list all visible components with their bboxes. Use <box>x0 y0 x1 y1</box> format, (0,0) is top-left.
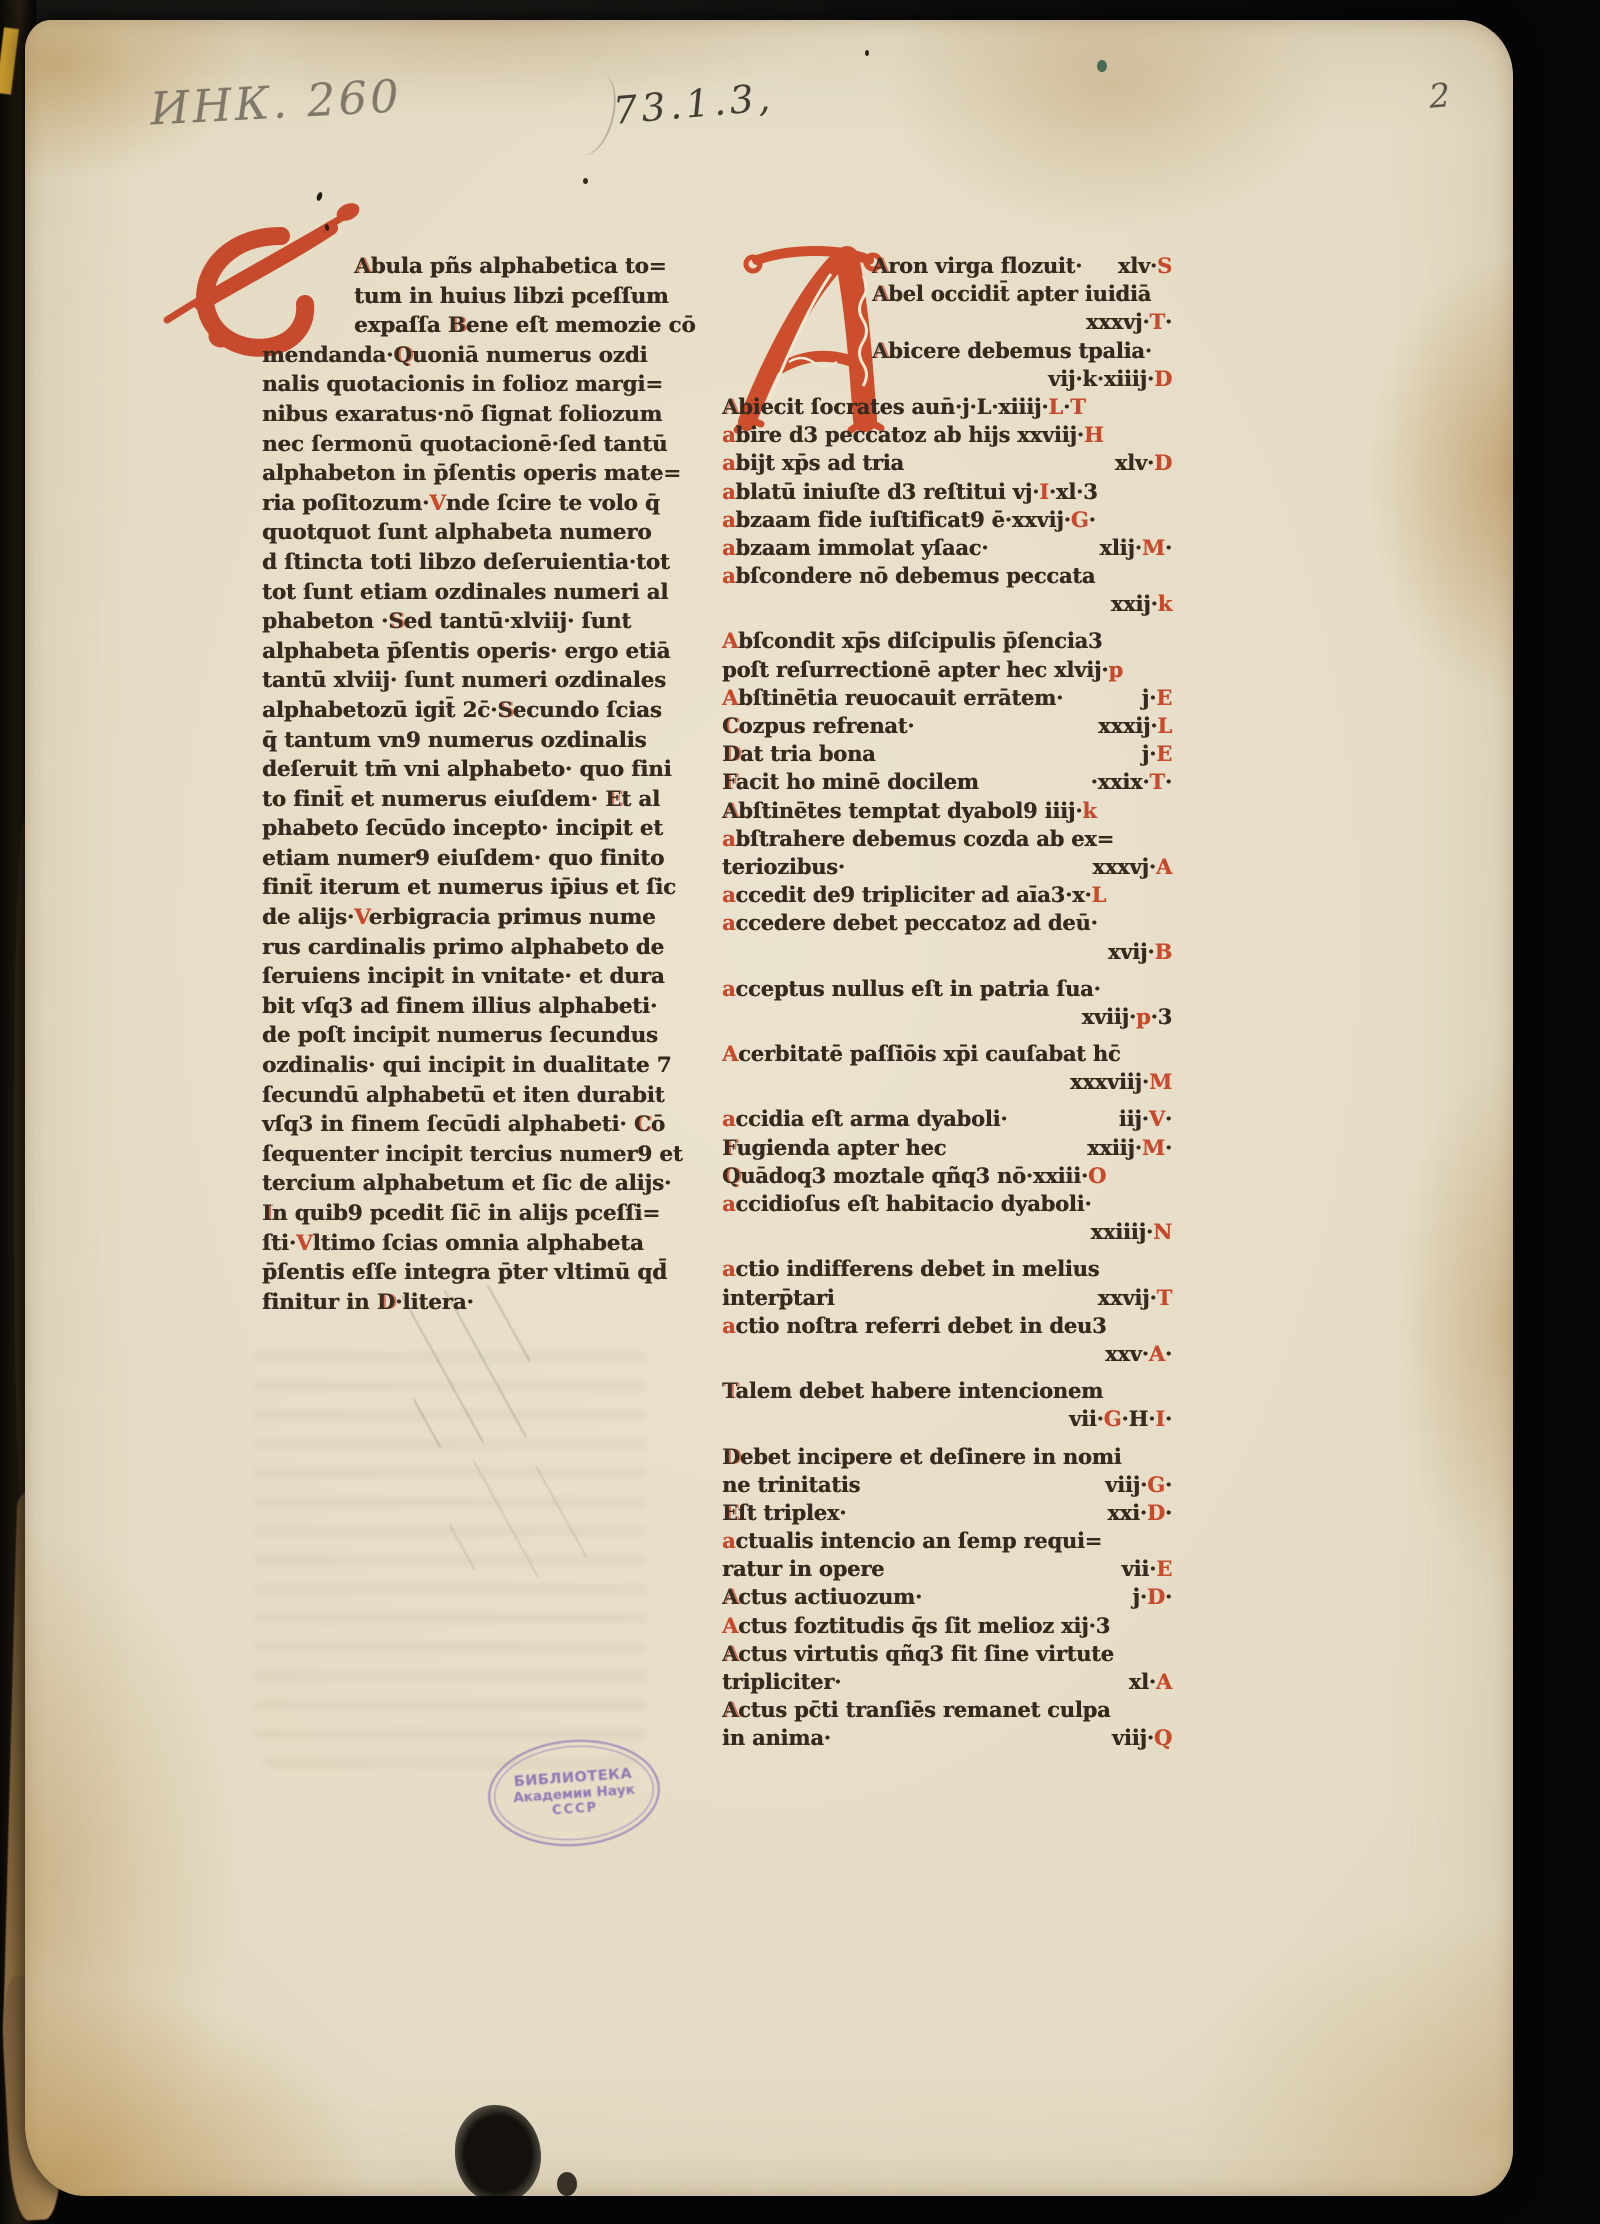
index-entry-line: Facit ho minē docilem·xxix·T· <box>722 768 1172 796</box>
index-entry-line: xvij·B <box>722 938 1172 966</box>
text-line: alphabeta p̄ſentis operis· ergo etiā <box>262 637 664 667</box>
call-number-annotation: 73.1.3, <box>611 75 775 133</box>
incunabulum-page: ИНК. 260 73.1.3, 2 Abula pñs alphabetica… <box>25 20 1513 2196</box>
index-entry-line: Abiecit ſocrates aun̄·j·L·xiiij·L·T <box>722 393 1172 421</box>
index-entry-line: abire d3 peccatoz ab hijs xxviij·H <box>722 421 1172 449</box>
text-line: etiam numer9 eiuſdem· quo finito <box>262 844 664 874</box>
index-entry-line: Actus pc̄ti tranſiēs remanet culpa <box>722 1696 1172 1724</box>
photographed-book-spread: ИНК. 260 73.1.3, 2 Abula pñs alphabetica… <box>0 0 1600 2224</box>
text-line: mendanda·Quoniā numerus ozdi <box>262 341 664 371</box>
index-entry-line: Actus actiuozum·j·D· <box>722 1583 1172 1611</box>
index-entry-line: actio indifferens debet in melius <box>722 1255 1172 1283</box>
index-entry-line: Debet incipere et deſinere in nomi <box>722 1443 1172 1471</box>
text-line: finit̄ iterum et numerus ip̄ius et ſic <box>262 873 664 903</box>
index-entry-line: Abſtinētes temptat dyabol9 iiij·k <box>722 797 1172 825</box>
index-entry-line: Abſtinētia reuocauit errātem·j·E <box>722 684 1172 712</box>
pencil-scribble <box>445 1458 596 1582</box>
stamp-text: СССР <box>552 1800 599 1818</box>
left-column: Abula pñs alphabetica to=tum in huius li… <box>262 252 664 1317</box>
ink-speck <box>865 50 869 56</box>
right-column-index: Aron virga flozuit·xlv·SAbel occidit̄ ap… <box>722 252 1172 1753</box>
text-line: ſeruiens incipit in vnitate· et dura <box>262 962 664 992</box>
index-entry-line: Fugienda apter hecxxiij·M· <box>722 1134 1172 1162</box>
index-entry-line: ne trinitatisviij·G· <box>722 1471 1172 1499</box>
text-line: quotquot ſunt alphabeta numero <box>262 518 664 548</box>
ink-speck <box>583 178 588 184</box>
index-entry-line: interp̄tarixxvij·T <box>722 1284 1172 1312</box>
index-entry-line: Actus virtutis qñq3 fit ſine virtute <box>722 1640 1172 1668</box>
text-line: d ſtincta toti libzo deſeruientia·tot <box>262 548 664 578</box>
index-entry-line: abzaam fide iuſtificat9 ē·xxvij·G· <box>722 506 1172 534</box>
library-stamp: БИБЛИОТЕКА Академии Наук СССР <box>485 1734 664 1852</box>
shelfmark-annotation: ИНК. 260 <box>149 69 403 135</box>
text-line: tantū xlviij· ſunt numeri ozdinales <box>262 666 664 696</box>
text-line: ſequenter incipit tercius numer9 et <box>262 1140 664 1170</box>
text-line: phabeto ſecūdo incepto· incipit et <box>262 814 664 844</box>
index-entry-line: vij·k·xiiij·D <box>722 365 1172 393</box>
index-entry-line: xxij·k <box>722 590 1172 618</box>
text-line: phabeton ·Sed tantū·xlviij· ſunt <box>262 607 664 637</box>
text-line: nalis quotacionis in folioz margi= <box>262 370 664 400</box>
index-entry-line: vii·G·H·I· <box>722 1405 1172 1433</box>
index-entry-line: ratur in operevii·E <box>722 1555 1172 1583</box>
index-entry-line: xxiiij·N <box>722 1218 1172 1246</box>
text-line: de alijs·Verbigracia primus nume <box>262 903 664 933</box>
text-line: In quib9 pcedit ſic̄ in alijs pceſſi= <box>262 1199 664 1229</box>
text-line: tercium alphabetum et ſic de alijs· <box>262 1169 664 1199</box>
index-entry-line: abzaam immolat yſaac·xlij·M· <box>722 534 1172 562</box>
index-entry-line: in anima·viij·Q <box>722 1724 1172 1752</box>
index-entry-line: xxxviij·M <box>722 1068 1172 1096</box>
text-line: finitur in D·litera· <box>262 1288 664 1318</box>
index-entry-line: Dat tria bonaj·E <box>722 740 1172 768</box>
text-line: deſeruit tm̄ vni alphabeto· quo fini <box>262 755 664 785</box>
index-entry-line: ablatū iniuſte d3 reſtitui vj·I·xl·3 <box>722 478 1172 506</box>
index-entry-line: Actus foztitudis q̄s ſit melioz xij·3 <box>722 1612 1172 1640</box>
index-entry-line: actio noſtra referri debet in deu3 <box>722 1312 1172 1340</box>
text-line: ria poſitozum·Vnde ſcire te volo q̄ <box>262 489 664 519</box>
index-entry-line: Aron virga flozuit·xlv·S <box>722 252 1172 280</box>
text-line: alphabeton in p̄ſentis operis mate= <box>262 459 664 489</box>
index-entry-line: tripliciter·xl·A <box>722 1668 1172 1696</box>
index-entry-line: teriozibus·xxxvj·A <box>722 853 1172 881</box>
index-entry-line: accidia eſt arma dyaboli·iij·V· <box>722 1105 1172 1133</box>
text-line: rus cardinalis primo alphabeto de <box>262 933 664 963</box>
text-line: q̄ tantum vn9 numerus ozdinalis <box>262 726 664 756</box>
text-line: bit vſq3 ad finem illius alphabeti· <box>262 992 664 1022</box>
text-line: ſecundū alphabetū et iten durabit <box>262 1081 664 1111</box>
index-entry-line: Talem debet habere intencionem <box>722 1377 1172 1405</box>
text-line: nibus exaratus·nō ſignat foliozum <box>262 400 664 430</box>
index-entry-line: abſtrahere debemus cozda ab ex= <box>722 825 1172 853</box>
index-entry-line: abſcondere nō debemus peccata <box>722 562 1172 590</box>
index-entry-line: Quādoq3 moztale qñq3 nō·xxiii·O <box>722 1162 1172 1190</box>
index-entry-line: poſt reſurrectionē apter hec xlvij·p <box>722 656 1172 684</box>
text-line: alphabetozū igit̄ 2c̄·Secundo ſcias <box>262 696 664 726</box>
text-line: ſti·Vltimo ſcias omnia alphabeta <box>262 1229 664 1259</box>
index-entry-line: xxxvj·T· <box>722 308 1172 336</box>
ink-blotch <box>455 2105 541 2196</box>
index-entry-line: Cozpus refrenat·xxxij·L <box>722 712 1172 740</box>
ink-blotch-small <box>557 2172 577 2196</box>
text-line: expaſſa Bene eſt memozie cō <box>262 311 664 341</box>
text-line: to finit̄ et numerus eiuſdem· Et al <box>262 785 664 815</box>
text-line: ozdinalis· qui incipit in dualitate 7 <box>262 1051 664 1081</box>
index-entry-line: accedere debet peccatoz ad deū· <box>722 909 1172 937</box>
text-line: vſq3 in finem ſecūdi alphabeti· Cō <box>262 1110 664 1140</box>
index-entry-line: abijt xp̄s ad triaxlv·D <box>722 449 1172 477</box>
text-line: nec ſermonū quotacionē·ſed tantū <box>262 430 664 460</box>
index-entry-line: Abſcondit xp̄s diſcipulis p̄ſencia3 <box>722 627 1172 655</box>
index-entry-line: accedit de9 tripliciter ad aīa3·x·L <box>722 881 1172 909</box>
text-line: de poſt incipit numerus ſecundus <box>262 1021 664 1051</box>
folio-number: 2 <box>1428 75 1452 115</box>
text-line: tum in huius libzi pceſſum <box>262 282 664 312</box>
text-line: p̄ſentis eſſe integra p̄ter vltimū qd̄ <box>262 1258 664 1288</box>
text-line: Abula pñs alphabetica to= <box>262 252 664 282</box>
index-entry-line: xviij·p·3 <box>722 1003 1172 1031</box>
index-entry-line: Acerbitatē paſſiōis xp̄i cauſabat hc̄ <box>722 1040 1172 1068</box>
index-entry-line: xxv·A· <box>722 1340 1172 1368</box>
index-entry-line: actualis intencio an ſemp requi= <box>722 1527 1172 1555</box>
index-entry-line: Abel occidit̄ apter iuidiā <box>722 280 1172 308</box>
index-entry-line: Abicere debemus tpalia· <box>722 337 1172 365</box>
index-entry-line: Eſt triplex·xxi·D· <box>722 1499 1172 1527</box>
text-line: tot ſunt etiam ozdinales numeri al <box>262 578 664 608</box>
index-entry-line: accidioſus eſt habitacio dyaboli· <box>722 1190 1172 1218</box>
green-speck <box>1097 60 1107 72</box>
index-entry-line: acceptus nullus eſt in patria ſua· <box>722 975 1172 1003</box>
